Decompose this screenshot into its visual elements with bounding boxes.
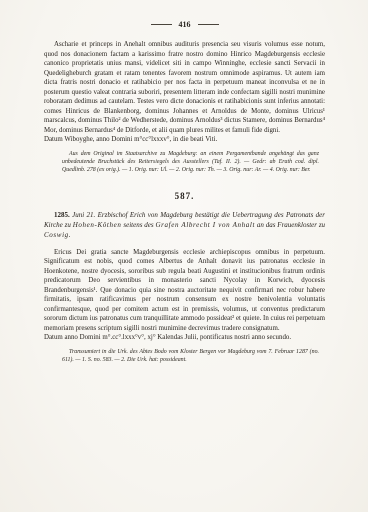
page-header: 416: [44, 20, 325, 29]
regest-place-hohen-koethen: Hohen-Köthen: [73, 221, 122, 229]
doc-587-body: Ericus Dei gratia sancte Magdeburgensis …: [44, 248, 325, 334]
doc-587-regest: 1285. Juni 21. Erzbischof Erich von Magd…: [44, 210, 325, 241]
page-content: 416 Ascharie et princeps in Anehalt omni…: [0, 0, 368, 364]
doc-587-source-note: Transsumiert in die Urk. des Abtes Bodo …: [62, 348, 319, 364]
regest-period: .: [69, 231, 71, 239]
regest-text-3: an das Frauenkloster zu: [257, 221, 325, 229]
doc-586-datum: Datum Wiboyghe, anno Domini m°cc°lxxxv°,…: [44, 135, 325, 145]
regest-date: Juni 21.: [72, 211, 95, 219]
doc-586-body: Ascharie et princeps in Anehalt omnibus …: [44, 40, 325, 135]
scanned-book-page: 416 Ascharie et princeps in Anehalt omni…: [0, 0, 368, 512]
doc-586-source-note: Aus dem Original im Staatsarchive zu Mag…: [62, 150, 319, 174]
regest-place-coswig: Coswig: [44, 231, 69, 239]
header-rule-left: [151, 24, 172, 25]
doc-587-number: 587.: [44, 191, 325, 201]
page-number: 416: [179, 20, 191, 29]
regest-text-2: seitens des: [123, 221, 153, 229]
header-rule-right: [198, 24, 219, 25]
regest-name-graf-albrecht: Grafen Albrecht I von Anhalt: [155, 221, 255, 229]
doc-587-datum: Datum anno Domini m°.cc°.lxxx°v°, xj° Ka…: [44, 333, 325, 343]
regest-year: 1285.: [54, 211, 70, 219]
